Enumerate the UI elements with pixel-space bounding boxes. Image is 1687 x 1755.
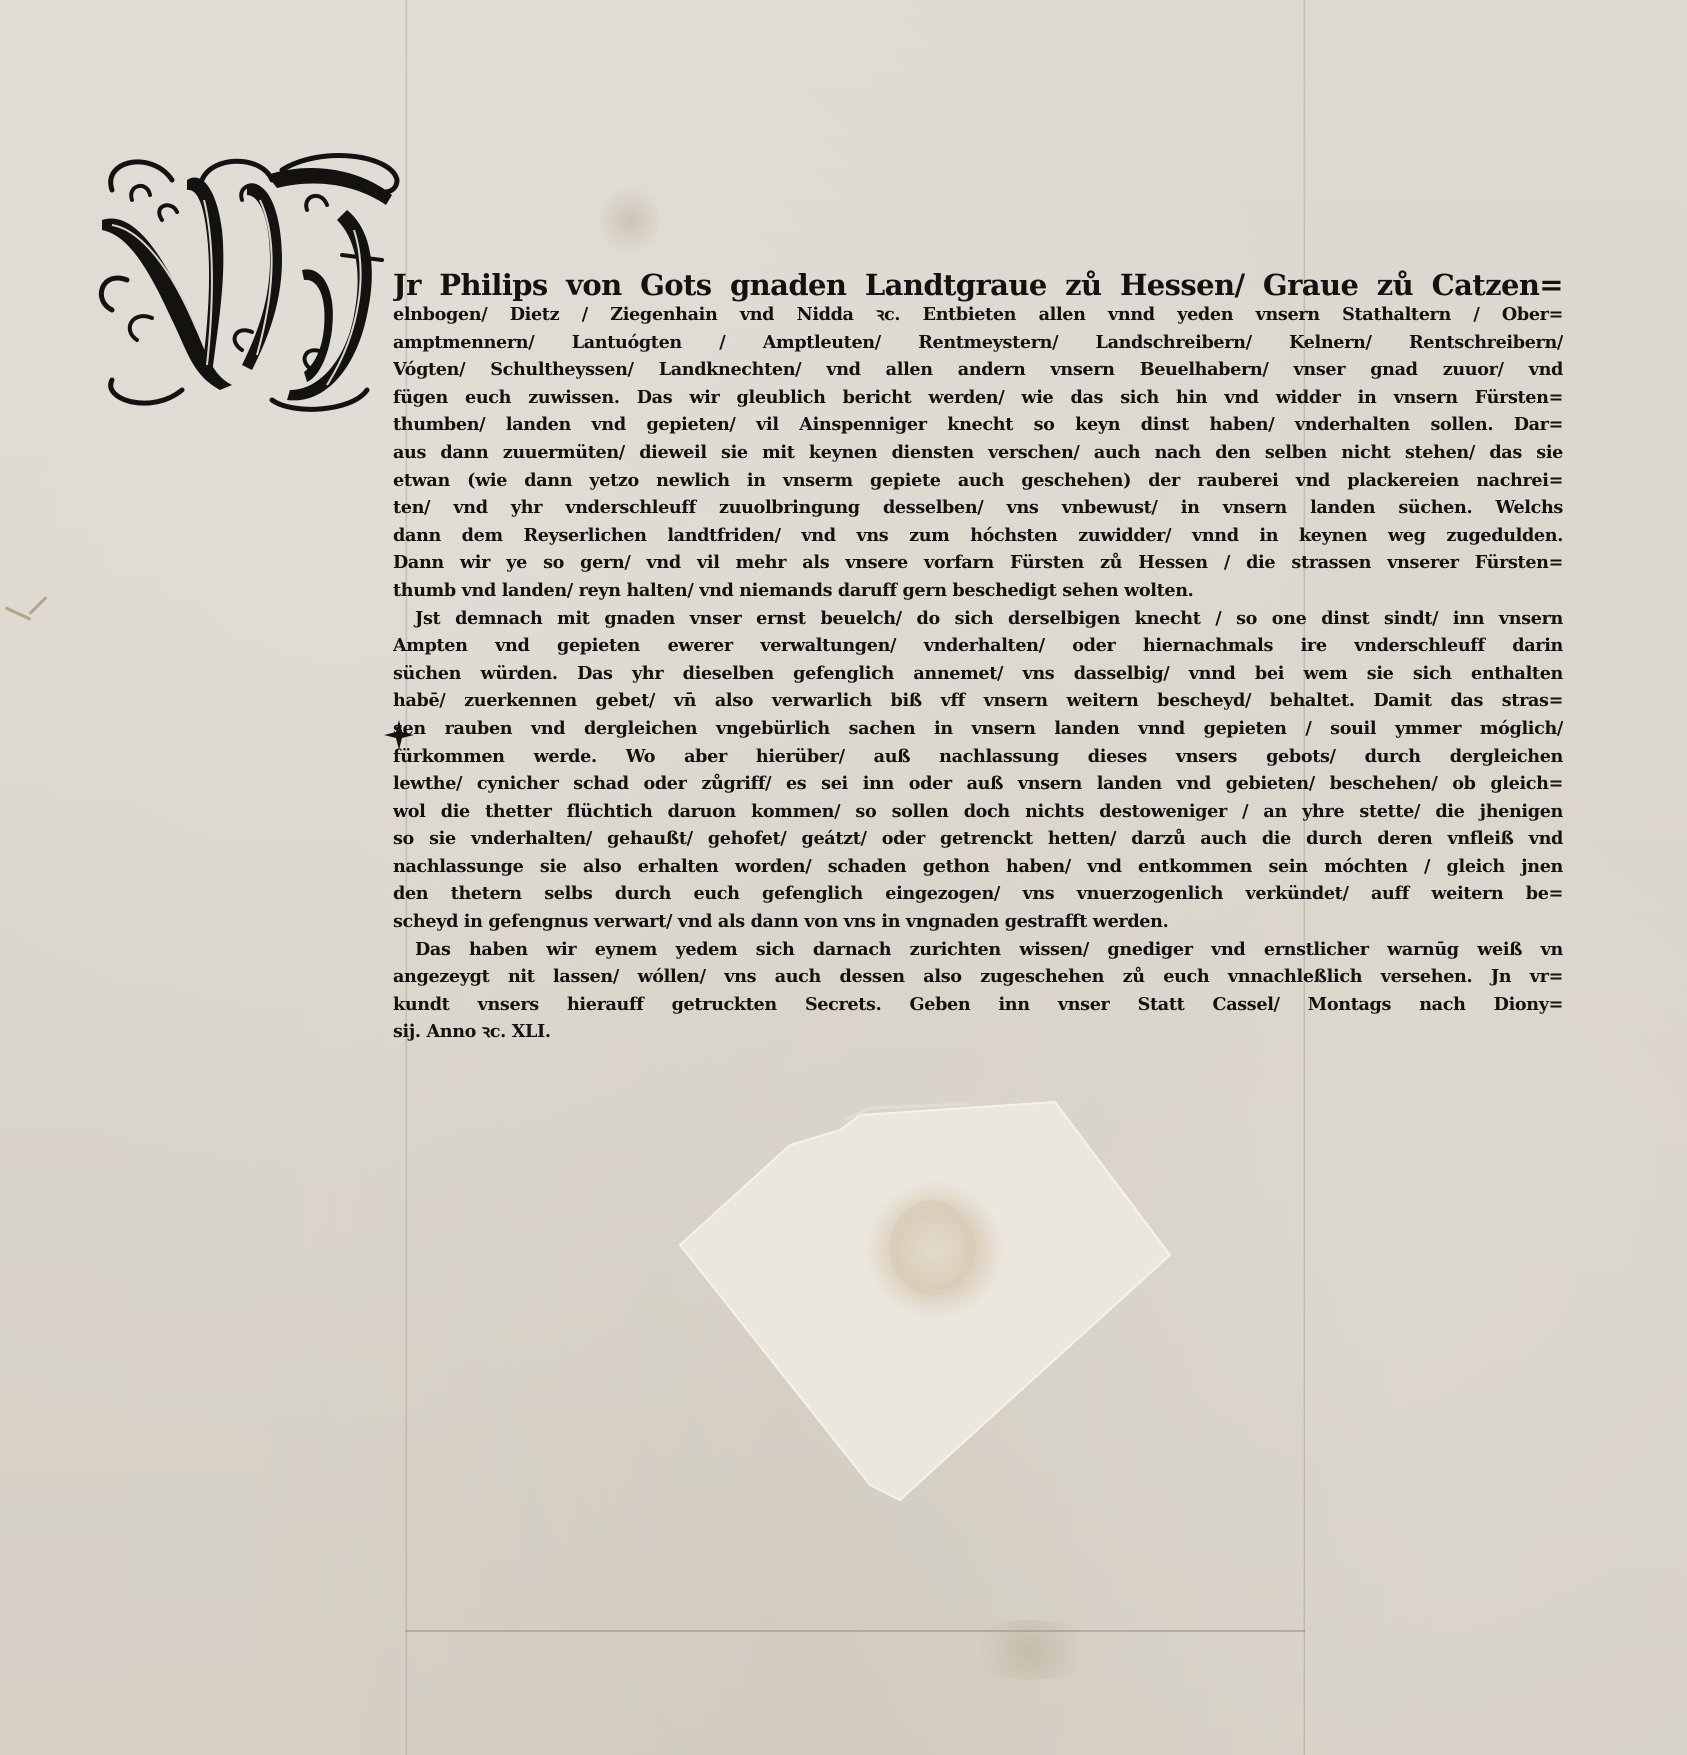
text-line: etwan (wie dann yetzo newlich in vnserm … [393, 467, 1563, 495]
ornamental-w-icon [92, 150, 404, 415]
text-line: sij. Anno ꝛc. XLI. [393, 1018, 1563, 1046]
paper-fiber [28, 596, 47, 615]
text-line: Vógten/ Schultheyssen/ Landknechten/ vnd… [393, 356, 1563, 384]
stain [960, 1620, 1100, 1680]
text-line: dann dem Reyserlichen landtfriden/ vnd v… [393, 522, 1563, 550]
text-line: ten/ vnd yhr vnderschleuff zuuolbringung… [393, 494, 1563, 522]
paper-seal [670, 1090, 1230, 1510]
text-line: so sie vnderhalten/ gehaußt/ gehofet/ ge… [393, 825, 1563, 853]
text-line: den thetern selbs durch euch gefenglich … [393, 880, 1563, 908]
decorated-initial-letter [92, 150, 404, 415]
text-line: Jst demnach mit gnaden vnser ernst beuel… [393, 605, 1563, 633]
text-line: thumb vnd landen/ reyn halten/ vnd niema… [393, 577, 1563, 605]
text-line: sen rauben vnd dergleichen vngebürlich s… [393, 715, 1563, 743]
text-line: habē/ zuerkennen gebet/ vn̄ also verwarl… [393, 687, 1563, 715]
text-line: Ampten vnd gepieten ewerer verwaltungen/… [393, 632, 1563, 660]
text-line: elnbogen/ Dietz / Ziegenhain vnd Nidda ꝛ… [393, 301, 1563, 329]
text-line: wol die thetter flüchtich daruon kommen/… [393, 798, 1563, 826]
proclamation-text: Jr Philips von Gots gnaden Landtgraue zů… [393, 265, 1563, 1046]
text-line: fürkommen werde. Wo aber hierüber/ auß n… [393, 743, 1563, 771]
text-line: Dann wir ye so gern/ vnd vil mehr als vn… [393, 549, 1563, 577]
fold-line-horizontal [405, 1630, 1305, 1632]
text-line: thumben/ landen vnd gepieten/ vil Ainspe… [393, 411, 1563, 439]
paper-fiber [5, 606, 32, 621]
text-line: fügen euch zuwissen. Das wir gleublich b… [393, 384, 1563, 412]
text-line: kundt vnsers hierauff getruckten Secrets… [393, 991, 1563, 1019]
seal-patch-shape [670, 1090, 1230, 1510]
text-line: scheyd in gefengnus verwart/ vnd als dan… [393, 908, 1563, 936]
text-line: Jr Philips von Gots gnaden Landtgraue zů… [393, 265, 1563, 305]
stain [600, 180, 660, 260]
text-line: aus dann zuuermüten/ dieweil sie mit key… [393, 439, 1563, 467]
text-line: Das haben wir eynem yedem sich darnach z… [393, 936, 1563, 964]
text-line: amptmennern/ Lantuógten / Amptleuten/ Re… [393, 329, 1563, 357]
text-line: nachlassunge sie also erhalten worden/ s… [393, 853, 1563, 881]
ink-star-mark-icon [384, 720, 414, 750]
text-line: lewthe/ cynicher schad oder zůgriff/ es … [393, 770, 1563, 798]
text-line: angezeygt nit lassen/ wóllen/ vns auch d… [393, 963, 1563, 991]
text-line: süchen würden. Das yhr dieselben gefengl… [393, 660, 1563, 688]
